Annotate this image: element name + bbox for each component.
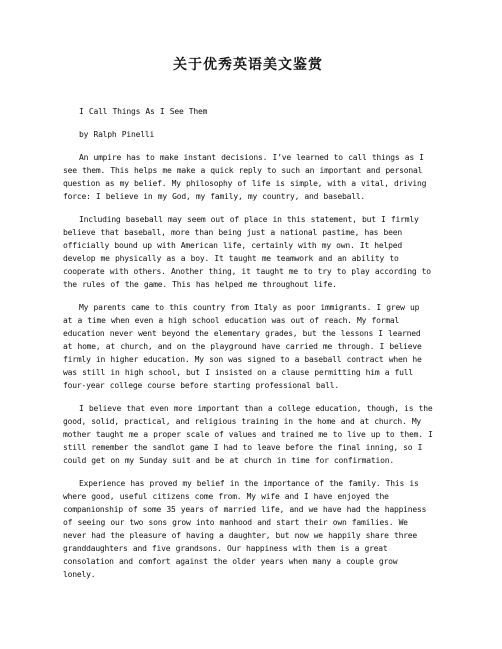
essay-title: I Call Things As I See Them [63,105,433,118]
essay-body: I Call Things As I See Them by Ralph Pin… [63,105,433,581]
essay-paragraph-4: I believe that even more important than … [63,402,433,467]
essay-paragraph-3: My parents came to this country from Ita… [63,301,433,392]
essay-paragraph-5: Experience has proved my belief in the i… [63,477,433,581]
essay-paragraph-1: An umpire has to make instant decisions.… [63,151,433,203]
essay-byline: by Ralph Pinelli [63,128,433,141]
document-title: 关于优秀英语美文鉴赏 [63,57,433,73]
document-page: 关于优秀英语美文鉴赏 I Call Things As I See Them b… [0,0,502,649]
essay-paragraph-2: Including baseball may seem out of place… [63,213,433,291]
